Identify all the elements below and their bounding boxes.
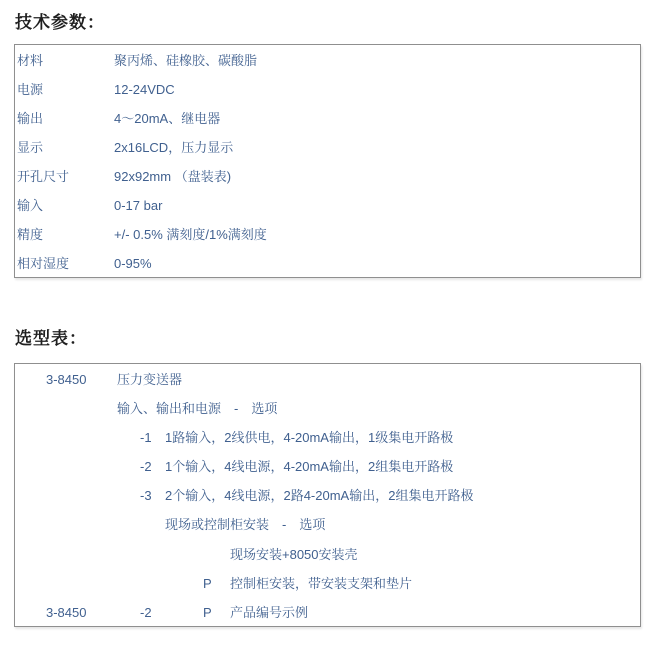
table-row: 现场安装+8050安装壳	[15, 540, 640, 569]
table-row: 输出 4～20mA、继电器	[15, 104, 640, 133]
param-label: 输出	[17, 104, 43, 133]
option-description: 2个输入，4线电源，2路4-20mA输出，2组集电开路极	[165, 481, 473, 510]
param-label: 相对湿度	[17, 249, 69, 278]
option-description: 1个输入，4线电源，4-20mA输出，2组集电开路极	[165, 452, 453, 481]
param-value: 2x16LCD，压力显示	[114, 133, 233, 162]
option-description: 控制柜安装，带安装支架和垫片	[230, 569, 412, 598]
param-label: 显示	[17, 133, 43, 162]
option-description: 现场安装+8050安装壳	[230, 540, 358, 569]
product-spec-page: 技术参数： 材料 聚丙烯、硅橡胶、碳酸脂 电源 12-24VDC 输出 4～20…	[0, 0, 667, 653]
option-code: -2	[140, 452, 152, 481]
option-code: -3	[140, 481, 152, 510]
table-row: 显示 2x16LCD，压力显示	[15, 133, 640, 162]
table-row: 现场或控制柜安装 - 选项	[15, 510, 640, 539]
option-description: 产品编号示例	[230, 598, 308, 627]
param-value: 4～20mA、继电器	[114, 104, 220, 133]
option-group-header: 输入、输出和电源 - 选项	[117, 394, 277, 423]
param-value: 12-24VDC	[114, 75, 175, 104]
param-label: 开孔尺寸	[17, 162, 69, 191]
param-label: 输入	[17, 191, 43, 220]
table-row: 材料 聚丙烯、硅橡胶、碳酸脂	[15, 46, 640, 75]
option-group-header: 现场或控制柜安装 - 选项	[165, 510, 325, 539]
table-row: 精度 +/- 0.5% 满刻度/1%满刻度	[15, 220, 640, 249]
option-description: 压力变送器	[117, 365, 182, 394]
option-code: -1	[140, 423, 152, 452]
table-row: 输入、输出和电源 - 选项	[15, 394, 640, 423]
table-row: 3-8450 -2 P 产品编号示例	[15, 598, 640, 627]
param-value: 92x92mm （盘装表)	[114, 162, 231, 191]
option-code: P	[203, 569, 212, 598]
table-row: -3 2个输入，4线电源，2路4-20mA输出，2组集电开路极	[15, 481, 640, 510]
tech-params-title: 技术参数：	[15, 8, 105, 33]
option-code: P	[203, 598, 212, 627]
table-row: 3-8450 压力变送器	[15, 365, 640, 394]
table-row: P 控制柜安装，带安装支架和垫片	[15, 569, 640, 598]
option-code: -2	[140, 598, 152, 627]
selection-table-title: 选型表：	[15, 324, 87, 349]
table-row: 电源 12-24VDC	[15, 75, 640, 104]
param-value: 聚丙烯、硅橡胶、碳酸脂	[114, 46, 257, 75]
param-label: 材料	[17, 46, 43, 75]
table-row: 开孔尺寸 92x92mm （盘装表)	[15, 162, 640, 191]
table-row: 输入 0-17 bar	[15, 191, 640, 220]
table-row: -2 1个输入，4线电源，4-20mA输出，2组集电开路极	[15, 452, 640, 481]
model-number: 3-8450	[46, 365, 86, 394]
table-row: 相对湿度 0-95%	[15, 249, 640, 278]
param-value: 0-95%	[114, 249, 152, 278]
table-row: -1 1路输入，2线供电，4-20mA输出，1级集电开路极	[15, 423, 640, 452]
param-value: +/- 0.5% 满刻度/1%满刻度	[114, 220, 267, 249]
selection-table: 3-8450 压力变送器 输入、输出和电源 - 选项 -1 1路输入，2线供电，…	[14, 363, 641, 627]
param-value: 0-17 bar	[114, 191, 162, 220]
model-number: 3-8450	[46, 598, 86, 627]
tech-params-table: 材料 聚丙烯、硅橡胶、碳酸脂 电源 12-24VDC 输出 4～20mA、继电器…	[14, 44, 641, 278]
option-description: 1路输入，2线供电，4-20mA输出，1级集电开路极	[165, 423, 453, 452]
param-label: 精度	[17, 220, 43, 249]
param-label: 电源	[17, 75, 43, 104]
